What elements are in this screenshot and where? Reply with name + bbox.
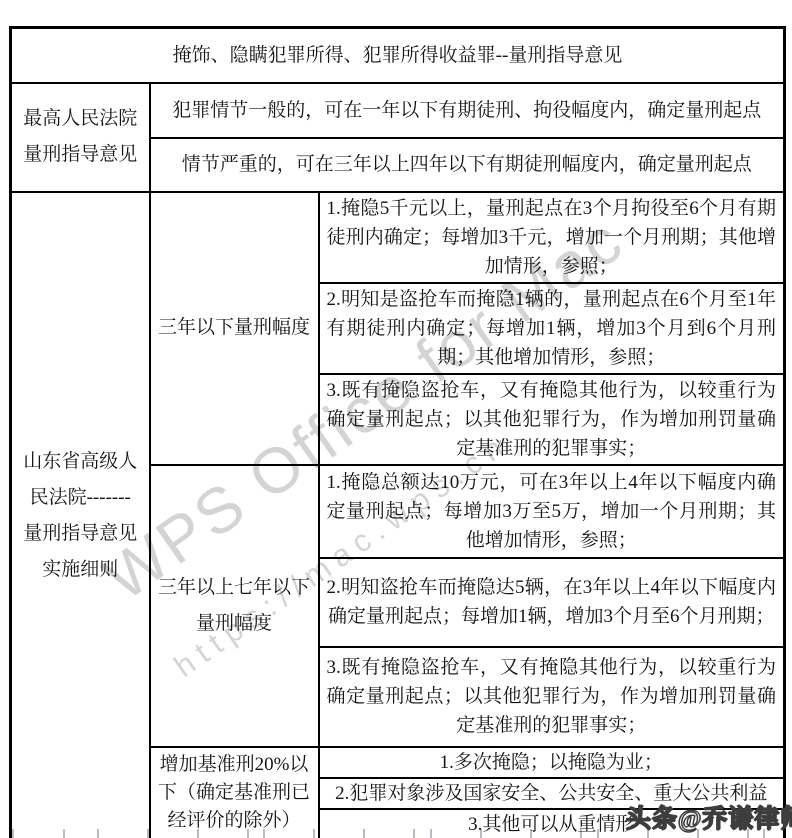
supreme-court-header-cell: 最高人民法院 量刑指导意见	[11, 83, 150, 192]
sentencing-guideline-table: 掩饰、隐瞒犯罪所得、犯罪所得收益罪--量刑指导意见 最高人民法院 量刑指导意见 …	[9, 26, 786, 838]
aggravating-item-cell: 1.多次掩隐；以掩隐为业；	[319, 747, 785, 778]
document-page: WPS Office for Mac https://mac.wps.cn 掩饰…	[0, 0, 792, 838]
rule-cell: 2.明知是盗抢车而掩隐1辆的，量刑起点在6个月至1年有期徒刑内确定；每增加1辆，…	[319, 283, 785, 374]
toutiao-author-watermark: 头条@乔谦律师	[626, 799, 792, 835]
supreme-court-rule-serious: 情节严重的，可在三年以上四年以下有期徒刑幅度内，确定量刑起点	[150, 138, 785, 192]
range-under-three-years-cell: 三年以下量刑幅度	[150, 192, 319, 465]
supreme-court-rule-general: 犯罪情节一般的，可在一年以下有期徒刑、拘役幅度内，确定量刑起点	[150, 83, 785, 138]
rule-cell: 1.掩隐5千元以上，量刑起点在3个月拘役至6个月有期徒刑内确定；每增加3千元，增…	[319, 192, 785, 283]
rule-cell: 3.既有掩隐盗抢车，又有掩隐其他行为，以较重行为确定量刑起点；以其他犯罪行为，作…	[319, 374, 785, 465]
rule-cell: 2.明知盗抢车而掩隐达5辆，在3年以上4年以下幅度内确定量刑起点；每增加1辆，增…	[319, 558, 785, 647]
aggravation-20-percent-cell: 增加基准刑20%以 下（确定基准刑已 经评价的除外）	[150, 747, 319, 838]
shandong-court-header-cell: 山东省高级人 民法院------- 量刑指导意见 实施细则	[11, 192, 150, 838]
rule-cell: 1.掩隐总额达10万元，可在3年以上4年以下幅度内确定量刑起点；每增加3万至5万…	[319, 465, 785, 558]
table-title: 掩饰、隐瞒犯罪所得、犯罪所得收益罪--量刑指导意见	[11, 28, 785, 83]
range-three-to-seven-years-cell: 三年以上七年以下 量刑幅度	[150, 465, 319, 747]
rule-cell: 3.既有掩隐盗抢车，又有掩隐其他行为，以较重行为确定量刑起点；以其他犯罪行为，作…	[319, 647, 785, 747]
